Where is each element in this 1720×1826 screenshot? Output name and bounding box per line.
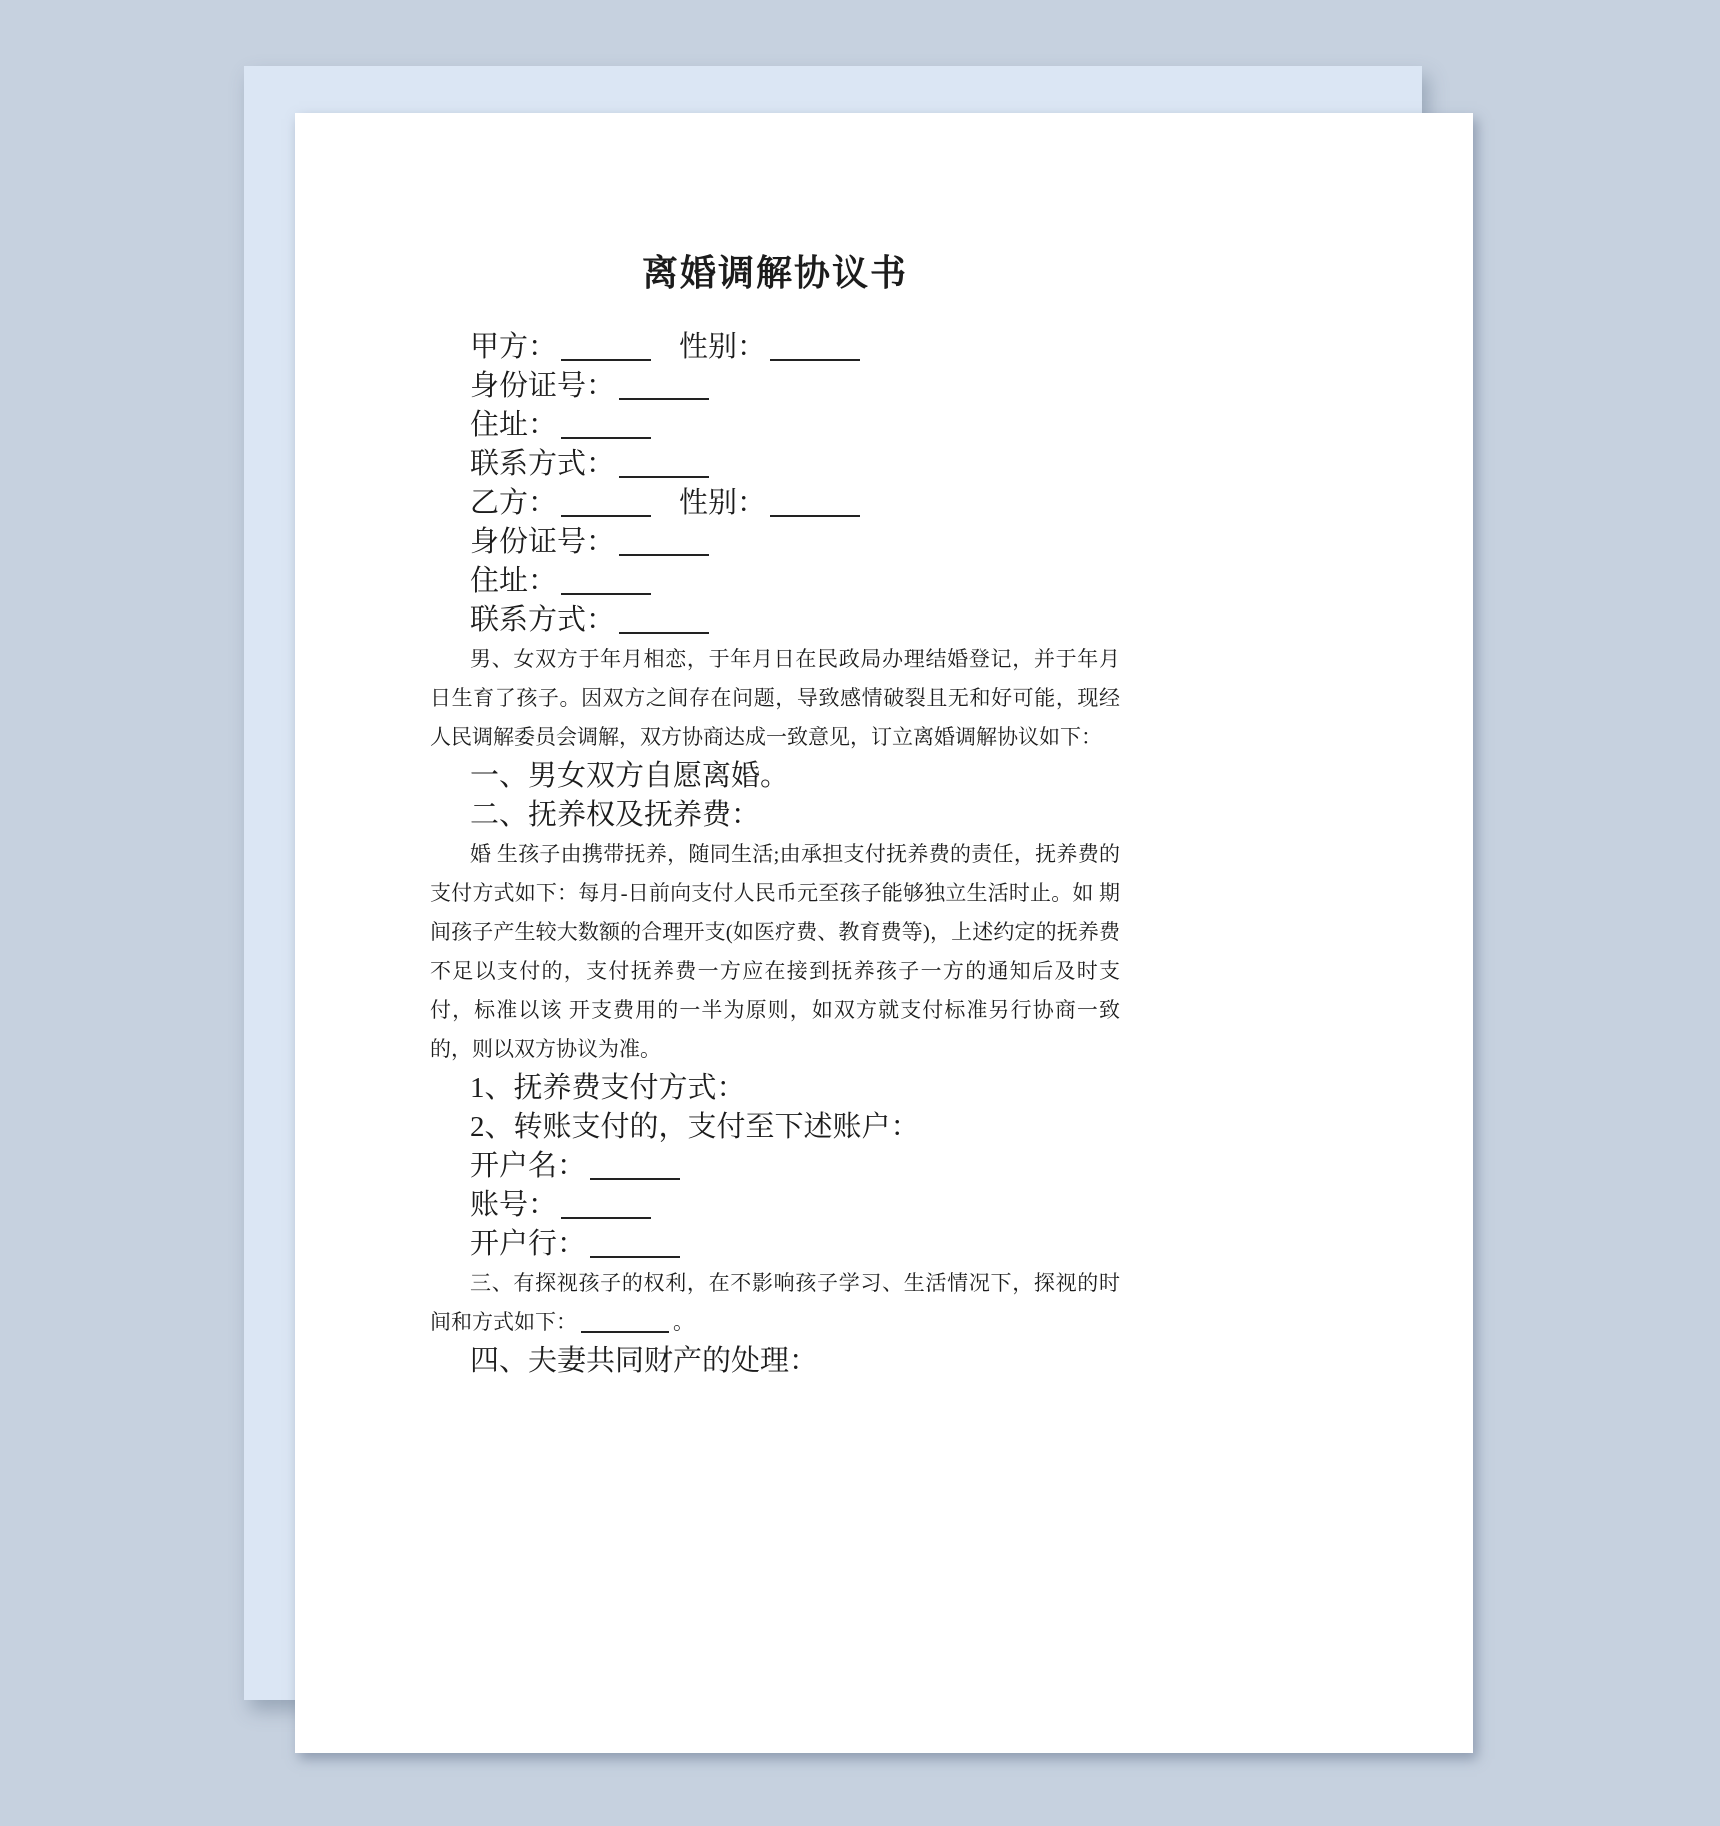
blank-party-b-id [619, 525, 709, 556]
blank-party-b-contact [619, 603, 709, 634]
party-a-address-label: 住址： [470, 409, 557, 441]
party-a-contact-label: 联系方式： [470, 448, 615, 480]
blank-party-a-id [619, 369, 709, 400]
preview-backdrop: 离婚调解协议书 甲方：性别： 身份证号： 住址： 联系方式： 乙方：性别： 身份… [0, 0, 1720, 1826]
party-b-contact-label: 联系方式： [470, 604, 615, 636]
clause-2-sub-2: 2、转账支付的，支付至下述账户： [430, 1108, 1120, 1147]
document-title: 离婚调解协议书 [430, 245, 1120, 296]
field-line-party-b-id: 身份证号： [430, 523, 1120, 562]
clause-2-sub-1: 1、抚养费支付方式： [430, 1069, 1120, 1108]
field-line-party-a-address: 住址： [430, 406, 1120, 445]
document-content: 离婚调解协议书 甲方：性别： 身份证号： 住址： 联系方式： 乙方：性别： 身份… [430, 245, 1120, 1381]
field-line-party-b-contact: 联系方式： [430, 601, 1120, 640]
blank-party-a-name [561, 330, 651, 361]
blank-party-b-name [561, 486, 651, 517]
party-a-label: 甲方： [470, 331, 557, 363]
account-bank-label: 开户行： [470, 1228, 586, 1260]
clause-3-text: 三、有探视孩子的权利，在不影响孩子学习、生活情况下，探视的时间和方式如下： [430, 1271, 1120, 1334]
blank-party-a-address [561, 408, 651, 439]
clause-3: 三、有探视孩子的权利，在不影响孩子学习、生活情况下，探视的时间和方式如下：。 [430, 1264, 1120, 1342]
field-line-party-a-id: 身份证号： [430, 367, 1120, 406]
clause-2-heading: 二、抚养权及抚养费： [430, 796, 1120, 835]
clause-4: 四、夫妻共同财产的处理： [430, 1342, 1120, 1381]
clause-2-body: 婚 生孩子由携带抚养，随同生活;由承担支付抚养费的责任，抚养费的支付方式如下：每… [430, 835, 1120, 1069]
field-line-account-bank: 开户行： [430, 1225, 1120, 1264]
field-line-party-a: 甲方：性别： [430, 328, 1120, 367]
clause-3-period: 。 [673, 1310, 694, 1334]
clause-1: 一、男女双方自愿离婚。 [430, 757, 1120, 796]
party-b-label: 乙方： [470, 487, 557, 519]
blank-party-a-contact [619, 447, 709, 478]
blank-party-b-address [561, 564, 651, 595]
party-b-gender-label: 性别： [679, 487, 766, 519]
field-line-account-number: 账号： [430, 1186, 1120, 1225]
field-line-party-b-address: 住址： [430, 562, 1120, 601]
field-line-party-a-contact: 联系方式： [430, 445, 1120, 484]
party-a-id-label: 身份证号： [470, 370, 615, 402]
party-b-address-label: 住址： [470, 565, 557, 597]
blank-party-a-gender [770, 330, 860, 361]
account-number-label: 账号： [470, 1189, 557, 1221]
field-line-party-b: 乙方：性别： [430, 484, 1120, 523]
blank-account-number [561, 1188, 651, 1219]
blank-account-bank [590, 1227, 680, 1258]
blank-party-b-gender [770, 486, 860, 517]
blank-visitation [581, 1310, 669, 1333]
party-a-gender-label: 性别： [679, 331, 766, 363]
document-page: 离婚调解协议书 甲方：性别： 身份证号： 住址： 联系方式： 乙方：性别： 身份… [295, 113, 1473, 1753]
account-name-label: 开户名： [470, 1150, 586, 1182]
blank-account-name [590, 1149, 680, 1180]
intro-paragraph: 男、女双方于年月相恋，于年月日在民政局办理结婚登记，并于年月日生育了孩子。因双方… [430, 640, 1120, 757]
party-b-id-label: 身份证号： [470, 526, 615, 558]
field-line-account-name: 开户名： [430, 1147, 1120, 1186]
